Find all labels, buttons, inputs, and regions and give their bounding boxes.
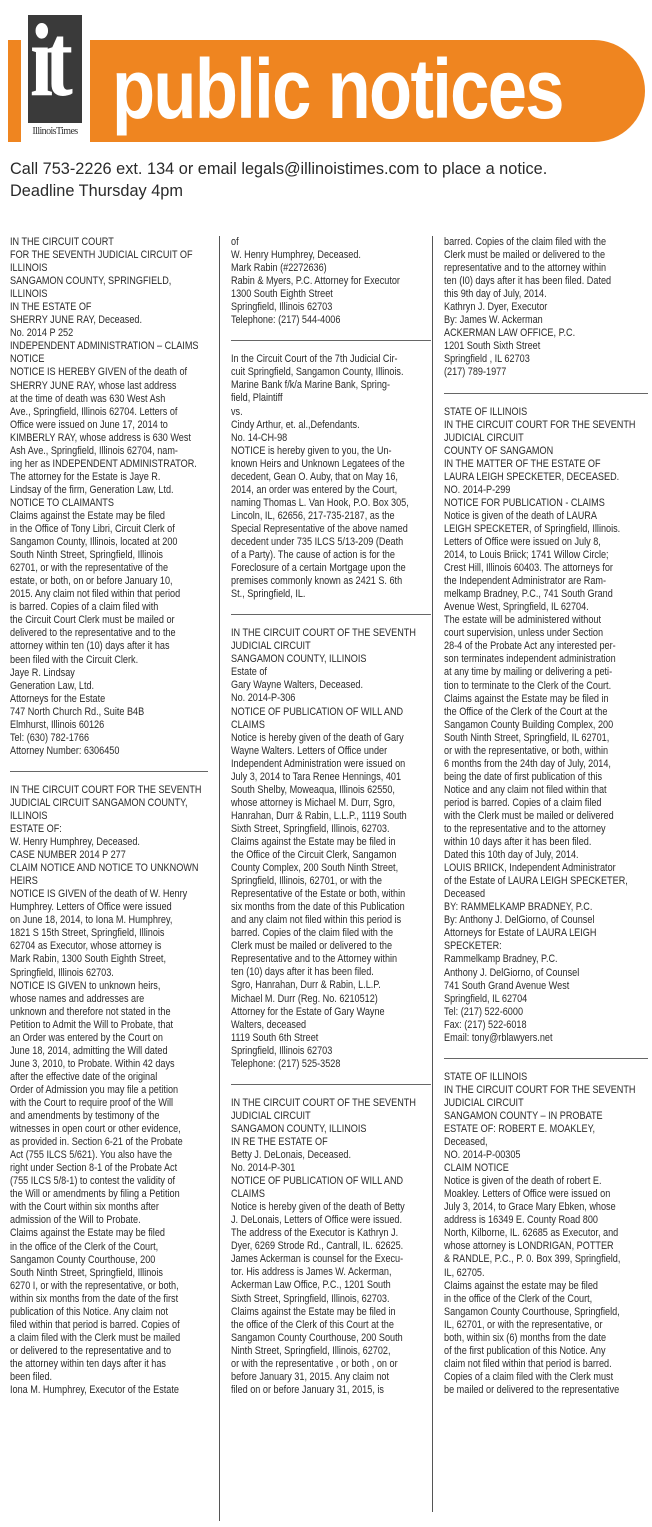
notice-line: Betty J. DeLonais, Deceased. [231,1149,431,1162]
notice-line: July 3, 2014 to Tara Renee Hennings, 401 [231,771,431,784]
notice-line: Copies of a claim filed with the Clerk m… [444,1371,647,1384]
notice-line: SANGAMON COUNTY, ILLINOIS [231,653,431,666]
notice-line: Tel: (630) 782-1766 [10,732,208,745]
notice-line: ILLINOIS [10,288,208,301]
notice-line: NOTICE OF PUBLICATION OF WILL AND [231,706,431,719]
notice-line: IN THE ESTATE OF [10,301,208,314]
notice-line: estate, or both, on or before January 10… [10,575,208,588]
column-2: ofW. Henry Humphrey, Deceased.Mark Rabin… [231,236,431,1527]
title-banner: public notices [90,40,645,142]
notice-line: as provided in. Section 6-21 of the Prob… [10,1136,208,1149]
notice-line: IN RE THE ESTATE OF [231,1136,431,1149]
notice-line: Elmhurst, Illinois 60126 [10,719,208,732]
notice-line: NOTICE IS HEREBY GIVEN of the death of [10,366,208,379]
notice-line: Deceased, [444,1136,647,1149]
notice-line: Springfield, Illinois 62703 [231,301,431,314]
masthead: it IllinoisTimes public notices [0,0,652,150]
notice-separator [231,340,431,341]
notice-line: Springfield , IL 62703 [444,353,647,366]
deadline-line: Deadline Thursday 4pm [10,180,547,202]
notice-line: June 18, 2014, admitting the Will dated [10,1045,208,1058]
notice-line: ten (10) days after it has been filed. [231,966,431,979]
placement-info: Call 753-2226 ext. 134 or email legals@i… [10,158,547,202]
notice-line: the Independent Administrator are Ram- [444,575,647,588]
notice-line: premises commonly known as 2421 S. 6th [231,575,431,588]
notice-line: County Complex, 200 South Ninth Street, [231,862,431,875]
notice-line: LOUIS BRIICK, Independent Administrator [444,862,647,875]
notice-line: be mailed or delivered to the representa… [444,1384,647,1397]
notice-line: KIMBERLY RAY, whose address is 630 West [10,432,208,445]
notice-line: witnesses in open court or other evidenc… [10,1123,208,1136]
notice-line: 1201 South Sixth Street [444,340,647,353]
notice-line: FOR THE SEVENTH JUDICIAL CIRCUIT OF [10,249,208,262]
notice-line: melkamp Bradney, P.C., 741 South Grand [444,588,647,601]
illinois-times-logo[interactable]: it IllinoisTimes [27,15,83,142]
notice-line: or with the representative , or both , o… [231,1358,431,1371]
notice-line: in the Office of Tony Libri, Circuit Cle… [10,523,208,536]
notice-line: South Ninth Street, Springfield, Illinoi… [10,549,208,562]
legal-notice: STATE OF ILLINOISIN THE CIRCUIT COURT FO… [444,1071,648,1397]
notice-line: BY: RAMMELKAMP BRADNEY, P.C. [444,901,647,914]
notice-line: 747 North Church Rd., Suite B4B [10,706,208,719]
notice-line: NO. 2014-P-00305 [444,1149,647,1162]
notice-line: address is 16349 E. County Road 800 [444,1214,647,1227]
notice-line: whose attorney is Michael M. Durr, Sgro, [231,797,431,810]
notice-line: period is barred. Copies of a claim file… [444,797,647,810]
notice-line: Sixth Street, Springfield, Illinois, 627… [231,823,431,836]
notice-line: court supervision, unless under Section [444,627,647,640]
notice-line: Claims against the estate may be filed [444,1280,647,1293]
notice-line: IN THE CIRCUIT COURT FOR THE SEVENTH [10,784,208,797]
notice-line: JUDICIAL CIRCUIT [231,640,431,653]
notice-line: IN THE CIRCUIT COURT OF THE SEVENTH [231,1097,431,1110]
notice-line: ESTATE OF: [10,823,208,836]
notice-line: the Office of the Clerk of the Court at … [444,706,647,719]
notice-line: Foreclosure of a certain Mortgage upon t… [231,562,431,575]
notice-separator [231,1084,431,1085]
notice-line: IL, 62701, or with the representative, o… [444,1319,647,1332]
notice-line: Mark Rabin, 1300 South Eighth Street, [10,953,208,966]
notice-line: COUNTY OF SANGAMON [444,445,647,458]
notice-line: By: James W. Ackerman [444,314,647,327]
notice-line: Notice is hereby given of the death of G… [231,732,431,745]
notice-line: barred. Copies of the claim filed with t… [231,927,431,940]
notice-line: unknown and therefore not stated in the [10,1006,208,1019]
notice-line: SHERRY JUNE RAY, whose last address [10,380,208,393]
notice-line: filed within that period is barred. Copi… [10,1319,208,1332]
notice-line: attorney within ten (10) days after it h… [10,640,208,653]
notice-line: The attorney for the Estate is Jaye R. [10,471,208,484]
notice-line: Mark Rabin (#2272636) [231,262,431,275]
notice-line: Sixth Street, Springfield, Illinois, 627… [231,1293,431,1306]
notice-line: CLAIM NOTICE [444,1162,647,1175]
notice-separator [231,614,431,615]
notice-line: 2015. Any claim not filed within that pe… [10,588,208,601]
notice-line: SANGAMON COUNTY – IN PROBATE [444,1110,647,1123]
notice-line: LEIGH SPECKETER, of Springfield, Illinoi… [444,523,647,536]
notice-line: Iona M. Humphrey, Executor of the Estate [10,1384,208,1397]
notice-line: representative and to the attorney withi… [444,262,647,275]
notice-line: IN THE CIRCUIT COURT OF THE SEVENTH [231,627,431,640]
notice-line: of [231,236,431,249]
notice-line: at the time of death was 630 West Ash [10,393,208,406]
notice-line: SHERRY JUNE RAY, Deceased. [10,314,208,327]
notice-line: (217) 789-1977 [444,366,647,379]
notice-separator [444,1058,648,1059]
notice-line: CLAIMS [231,1188,431,1201]
notice-line: Act (755 ILCS 5/621). You also have the [10,1149,208,1162]
legal-notice: STATE OF ILLINOISIN THE CIRCUIT COURT FO… [444,406,648,1045]
notice-line: ESTATE OF: ROBERT E. MOAKLEY, [444,1123,647,1136]
notice-line: STATE OF ILLINOIS [444,1071,647,1084]
notice-line: filed on or before January 31, 2015, is [231,1384,431,1397]
notice-line: Notice is hereby given of the death of B… [231,1201,431,1214]
notice-line: Lincoln, IL, 62656, 217-735-2187, as the [231,510,431,523]
logo-name: IllinoisTimes [27,126,83,137]
notice-line: Email: tony@rblawyers.net [444,1032,647,1045]
notice-line: 28-4 of the Probate Act any interested p… [444,640,647,653]
notice-line: been filed with the Circuit Clerk. [10,654,208,667]
column-3: barred. Copies of the claim filed with t… [444,236,648,1527]
notice-line: 2014, an order was entered by the Court, [231,484,431,497]
notice-line: Claims against the Estate may be filed [10,510,208,523]
notice-line: Humphrey. Letters of Office were issued [10,901,208,914]
notice-line: claim not filed within that period is ba… [444,1358,647,1371]
notice-separator [10,771,208,772]
notice-line: the Circuit Court Clerk must be mailed o… [10,614,208,627]
notice-line: Deceased [444,888,647,901]
notice-line: NOTICE IS GIVEN of the death of W. Henry [10,888,208,901]
notice-line: INDEPENDENT ADMINISTRATION – CLAIMS [10,340,208,353]
notice-line: Notice is given of the death of LAURA [444,510,647,523]
notice-line: The estate will be administered without [444,614,647,627]
notice-line: ing her as INDEPENDENT ADMINISTRATOR. [10,458,208,471]
notice-line: June 3, 2010, to Probate. Within 42 days [10,1058,208,1071]
notice-line: right under Section 8-1 of the Probate A… [10,1162,208,1175]
notice-line: Special Representative of the above name… [231,523,431,536]
notice-line: JUDICIAL CIRCUIT SANGAMON COUNTY, [10,797,208,810]
notice-line: JUDICIAL CIRCUIT [444,432,647,445]
legal-notice: In the Circuit Court of the 7th Judicial… [231,353,431,601]
notice-line: By: Anthony J. DelGiorno, of Counsel [444,914,647,927]
notice-line: Sangamon County Building Complex, 200 [444,719,647,732]
notice-line: Dated this 10th day of July, 2014. [444,849,647,862]
notice-line: Rammelkamp Bradney, P.C. [444,953,647,966]
notice-line: Attorneys for the Estate [10,693,208,706]
notice-line: tor. His address is James W. Ackerman, [231,1266,431,1279]
notice-line: the office of the Clerk of this Court at… [231,1319,431,1332]
notice-line: Dyer, 6269 Strode Rd., Cantrall, IL. 626… [231,1240,431,1253]
notice-line: 6270 I, or with the representative, or b… [10,1280,208,1293]
notice-line: & RANDLE, P.C., P. 0. Box 399, Springfie… [444,1253,647,1266]
notice-line: SPECKETER: [444,940,647,953]
notice-line: the Office of the Circuit Clerk, Sangamo… [231,849,431,862]
notice-line: both, within six (6) months from the dat… [444,1332,647,1345]
notice-line: NO. 2014-P-299 [444,484,647,497]
notice-line: IN THE MATTER OF THE ESTATE OF [444,458,647,471]
notice-line: or delivered to the representative and t… [10,1345,208,1358]
notice-line: Marine Bank f/k/a Marine Bank, Spring- [231,379,431,392]
notice-line: a claim filed with the Clerk must be mai… [10,1332,208,1345]
notice-line: Letters of Office were issued on July 8, [444,536,647,549]
notice-line: North, Kilborne, IL. 62685 as Executor, … [444,1227,647,1240]
notice-line: is barred. Copies of a claim filed with [10,601,208,614]
logo-letters: it [30,15,65,113]
notice-line: Springfield, IL 62704 [444,993,647,1006]
notice-line: Sangamon County Courthouse, 200 [10,1254,208,1267]
notice-line: of a Party). The cause of action is for … [231,549,431,562]
notice-line: Sangamon County, Illinois, located at 20… [10,536,208,549]
notice-line: 6 months from the 24th day of July, 2014… [444,758,647,771]
notice-line: Springfield, Illinois 62703 [231,1045,431,1058]
notice-line: 62704 as Executor, whose attorney is [10,940,208,953]
notice-line: Ash Ave., Springfield, Illinois 62704, n… [10,445,208,458]
column-divider [219,236,220,1521]
notice-line: Sangamon County Courthouse, Springfield, [444,1306,647,1319]
notice-line: South Ninth Street, Springfield, Illinoi… [10,1267,208,1280]
notice-line: Representative of the Estate or both, wi… [231,888,431,901]
notice-line: In the Circuit Court of the 7th Judicial… [231,353,431,366]
notice-line: JUDICIAL CIRCUIT [231,1110,431,1123]
notice-line: admission of the Will to Probate. [10,1214,208,1227]
notice-line: with the Clerk must be mailed or deliver… [444,810,647,823]
notice-line: Springfield, Illinois 62703. [10,967,208,980]
notice-line: ILLINOIS [10,810,208,823]
notice-line: 1300 South Eighth Street [231,288,431,301]
notice-line: NOTICE OF PUBLICATION OF WILL AND [231,1175,431,1188]
notice-line: NOTICE [10,353,208,366]
notice-line: Generation Law, Ltd. [10,680,208,693]
notice-line: SANGAMON COUNTY, ILLINOIS [231,1123,431,1136]
notice-line: IL, 62705. [444,1267,647,1280]
notice-line: decedent, Gean O. Auby, that on May 16, [231,471,431,484]
notice-line: No. 2014 P 252 [10,327,208,340]
notice-line: IN THE CIRCUIT COURT FOR THE SEVENTH [444,1084,647,1097]
notice-line: IN THE CIRCUIT COURT FOR THE SEVENTH [444,419,647,432]
notice-line: Attorney for the Estate of Gary Wayne [231,1006,431,1019]
notice-line: and amendments by testimony of the [10,1110,208,1123]
notice-line: 62701, or with the representative of the [10,562,208,575]
column-divider [432,236,433,1512]
notice-line: 741 South Grand Avenue West [444,980,647,993]
notice-line: Representative and to the Attorney withi… [231,953,431,966]
notice-line: CLAIM NOTICE AND NOTICE TO UNKNOWN [10,862,208,875]
notice-line: SANGAMON COUNTY, SPRINGFIELD, [10,275,208,288]
notice-line: Ave., Springfield, Illinois 62704. Lette… [10,406,208,419]
logo-mark: it [28,15,82,123]
notice-line: CASE NUMBER 2014 P 277 [10,849,208,862]
notice-line: NOTICE IS GIVEN to unknown heirs, [10,980,208,993]
notice-line: known Heirs and Unknown Legatees of the [231,458,431,471]
notice-line: NOTICE FOR PUBLICATION - CLAIMS [444,497,647,510]
notice-line: tion to terminate to the Clerk of the Co… [444,680,647,693]
notice-line: whose names and addresses are [10,993,208,1006]
notice-line: decedent under 735 ILCS 5/13-209 (Death [231,536,431,549]
notices-columns: IN THE CIRCUIT COURTFOR THE SEVENTH JUDI… [0,236,652,1527]
notice-line: Sgro, Hanrahan, Durr & Rabin, L.L.P. [231,979,431,992]
notice-line: within 10 days after it has been filed. [444,836,647,849]
notice-line: son terminates independent administratio… [444,653,647,666]
notice-line: HEIRS [10,875,208,888]
notice-line: CLAIMS [231,719,431,732]
notice-line: with the Court to require proof of the W… [10,1097,208,1110]
legal-notice: ofW. Henry Humphrey, Deceased.Mark Rabin… [231,236,431,327]
notice-line: LAURA LEIGH SPECKETER, DECEASED. [444,471,647,484]
notice-line: ACKERMAN LAW OFFICE, P.C. [444,327,647,340]
notice-line: Avenue West, Springfield, IL 62704. [444,601,647,614]
notice-line: ILLINOIS [10,262,208,275]
notice-line: Clerk must be mailed or delivered to the [444,249,647,262]
notice-line: in the office of the Clerk of the Court, [444,1293,647,1306]
notice-line: field, Plaintiff [231,392,431,405]
notice-line: No. 2014-P-301 [231,1162,431,1175]
notice-line: Notice is given of the death of robert E… [444,1175,647,1188]
notice-line: South Ninth Street, Springfield, IL 6270… [444,732,647,745]
notice-line: Walters, deceased [231,1019,431,1032]
notice-line: James Ackerman is counsel for the Execu- [231,1253,431,1266]
notice-line: Cindy Arthur, et. al.,Defendants. [231,419,431,432]
notice-line: or with the representative, or both, wit… [444,745,647,758]
notice-line: to the representative and to the attorne… [444,823,647,836]
notice-line: in the office of the Clerk of the Court, [10,1241,208,1254]
notice-line: six months from the date of this Publica… [231,901,431,914]
notice-line: (755 ILCS 5/8-1) to contest the validity… [10,1175,208,1188]
notice-line: Petition to Admit the Will to Probate, t… [10,1019,208,1032]
notice-line: NOTICE TO CLAIMANTS [10,497,208,510]
notice-line: Wayne Walters. Letters of Office under [231,745,431,758]
notice-line: W. Henry Humphrey, Deceased. [10,836,208,849]
notice-line: Lindsay of the firm, Generation Law, Ltd… [10,484,208,497]
notice-line: Ninth Street, Springfield, Illinois, 627… [231,1345,431,1358]
notice-line: South Shelby, Moweaqua, Illinois 62550, [231,784,431,797]
notice-line: Attorney Number: 6306450 [10,745,208,758]
notice-line: Fax: (217) 522-6018 [444,1019,647,1032]
notice-line: 1119 South 6th Street [231,1032,431,1045]
notice-line: St., Springfield, IL. [231,588,431,601]
notice-line: Estate of [231,666,431,679]
notice-line: with the Court within six months after [10,1201,208,1214]
notice-line: Ackerman Law Office, P.C., 1201 South [231,1279,431,1292]
notice-line: The address of the Executor is Kathryn J… [231,1227,431,1240]
notice-line: Telephone: (217) 525-3528 [231,1058,431,1071]
notice-line: at any time by mailing or delivering a p… [444,666,647,679]
notice-line: Gary Wayne Walters, Deceased. [231,679,431,692]
notice-line: 1821 S 15th Street, Springfield, Illinoi… [10,927,208,940]
notice-line: STATE OF ILLINOIS [444,406,647,419]
notice-separator [444,393,648,394]
notice-line: Attorneys for Estate of LAURA LEIGH [444,927,647,940]
notice-line: naming Thomas L. Van Hook, P.O. Box 305, [231,497,431,510]
notice-line: of the first publication of this Notice.… [444,1345,647,1358]
notice-line: Claims against the Estate may be filed i… [231,1306,431,1319]
notice-line: Notice and any claim not filed within th… [444,784,647,797]
legal-notice: IN THE CIRCUIT COURT OF THE SEVENTHJUDIC… [231,1097,431,1397]
notice-line: IN THE CIRCUIT COURT [10,236,208,249]
notice-line: ten (I0) days after it has been filed. D… [444,275,647,288]
notice-line: Claims against the Estate may be filed i… [444,693,647,706]
notice-line: of the Estate of LAURA LEIGH SPECKETER, [444,875,647,888]
notice-line: before January 31, 2015. Any claim not [231,1371,431,1384]
notice-line: delivered to the representative and to t… [10,627,208,640]
column-1: IN THE CIRCUIT COURTFOR THE SEVENTH JUDI… [10,236,208,1527]
notice-line: this 9th day of July, 2014. [444,288,647,301]
notice-line: NOTICE is hereby given to you, the Un- [231,445,431,458]
notice-line: Crest Hill, Illinois 60403. The attorney… [444,562,647,575]
notice-line: Jaye R. Lindsay [10,667,208,680]
notice-line: an Order was entered by the Court on [10,1032,208,1045]
legal-notice: IN THE CIRCUIT COURTFOR THE SEVENTH JUDI… [10,236,208,758]
notice-line: Hanrahan, Durr & Rabin, L.L.P., 1119 Sou… [231,810,431,823]
notice-line: the attorney within ten days after it ha… [10,1358,208,1371]
notice-line: Order of Admission you may file a petiti… [10,1084,208,1097]
notice-line: and any claim not filed within this peri… [231,914,431,927]
notice-line: been filed. [10,1371,208,1384]
page-title: public notices [112,38,563,140]
notice-line: Office were issued on June 17, 2014 to [10,419,208,432]
notice-line: July 3, 2014, to Grace Mary Ebken, whose [444,1201,647,1214]
notice-line: on June 18, 2014, to Iona M. Humphrey, [10,914,208,927]
notice-line: cuit Springfield, Sangamon County, Illin… [231,366,431,379]
notice-line: vs. [231,406,431,419]
notice-line: Tel: (217) 522-6000 [444,1006,647,1019]
notice-line: JUDICIAL CIRCUIT [444,1097,647,1110]
legal-notice: IN THE CIRCUIT COURT OF THE SEVENTHJUDIC… [231,627,431,1071]
notice-line: after the effective date of the original [10,1071,208,1084]
notice-line: Moakley. Letters of Office were issued o… [444,1188,647,1201]
notice-line: whose attorney is LONDRIGAN, POTTER [444,1240,647,1253]
notice-line: Springfield, Illinois, 62701, or with th… [231,875,431,888]
notice-line: W. Henry Humphrey, Deceased. [231,249,431,262]
notice-line: Sangamon County Courthouse, 200 South [231,1332,431,1345]
notice-line: Kathryn J. Dyer, Executor [444,301,647,314]
notice-line: publication of this Notice. Any claim no… [10,1306,208,1319]
notice-line: within six months from the date of the f… [10,1293,208,1306]
notice-line: No. 14-CH-98 [231,432,431,445]
notice-line: Rabin & Myers, P.C. Attorney for Executo… [231,275,431,288]
notice-line: Clerk must be mailed or delivered to the [231,940,431,953]
notice-line: Telephone: (217) 544-4006 [231,314,431,327]
notice-line: Claims against the Estate may be filed [10,1227,208,1240]
notice-line: Michael M. Durr (Reg. No. 6210512) [231,993,431,1006]
legal-notice: IN THE CIRCUIT COURT FOR THE SEVENTHJUDI… [10,784,208,1397]
notice-line: 2014, to Louis Briick; 1741 Willow Circl… [444,549,647,562]
notice-line: the Will or amendments by filing a Petit… [10,1188,208,1201]
notice-line: Independent Administration were issued o… [231,758,431,771]
notice-line: being the date of first publication of t… [444,771,647,784]
notice-line: J. DeLonais, Letters of Office were issu… [231,1214,431,1227]
legal-notice: barred. Copies of the claim filed with t… [444,236,648,380]
notice-line: barred. Copies of the claim filed with t… [444,236,647,249]
masthead-left-bar [8,40,21,142]
notice-line: Claims against the Estate may be filed i… [231,836,431,849]
notice-line: Anthony J. DelGiorno, of Counsel [444,967,647,980]
notice-line: No. 2014-P-306 [231,692,431,705]
contact-line: Call 753-2226 ext. 134 or email legals@i… [10,158,547,180]
